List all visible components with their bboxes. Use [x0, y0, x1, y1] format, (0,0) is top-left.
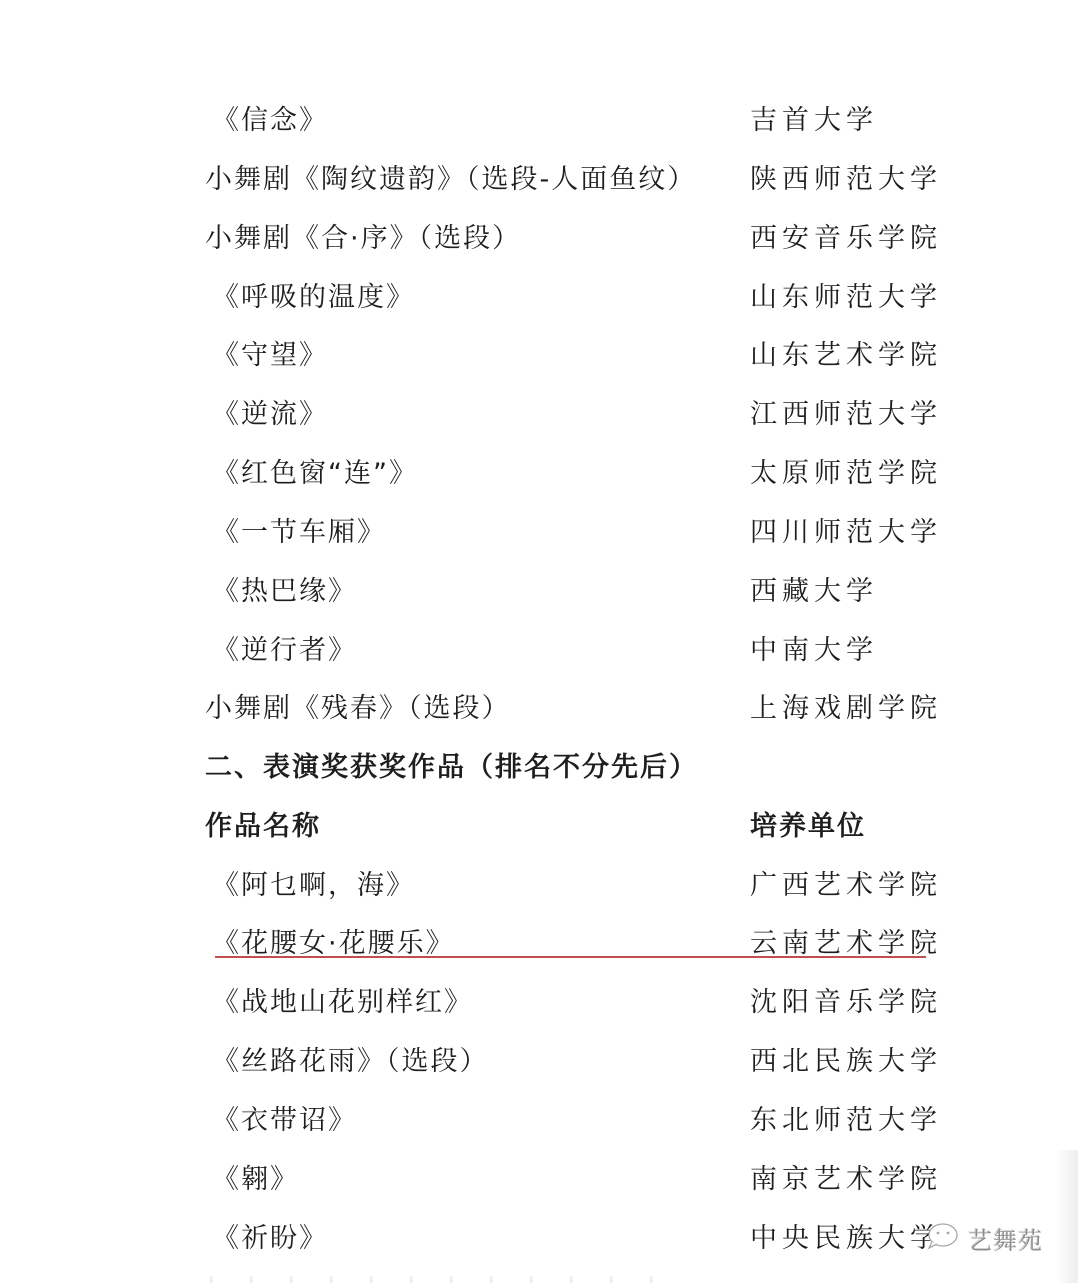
table-row: 《阿乜啊，海》 广西艺术学院	[0, 866, 1078, 906]
work-title: 《战地山花别样红》	[212, 983, 473, 1023]
training-unit: 山东艺术学院	[750, 336, 942, 376]
training-unit: 中央民族大学	[750, 1219, 942, 1259]
table-row: 《丝路花雨》（选段） 西北民族大学	[0, 1042, 1078, 1082]
training-unit: 西北民族大学	[750, 1042, 942, 1082]
training-unit: 上海戏剧学院	[750, 689, 942, 729]
red-underline-annotation	[215, 956, 926, 958]
training-unit: 云南艺术学院	[750, 924, 942, 964]
work-title: 《呼吸的温度》	[212, 278, 415, 318]
table-row: 《衣带诏》 东北师范大学	[0, 1101, 1078, 1141]
training-unit: 陕西师范大学	[750, 160, 942, 200]
training-unit: 东北师范大学	[750, 1101, 942, 1141]
table-row: 《一节车厢》 四川师范大学	[0, 513, 1078, 553]
cut-off-next-row	[210, 1276, 690, 1283]
work-title: 《丝路花雨》（选段）	[212, 1042, 489, 1082]
table-row: 小舞剧《残春》（选段） 上海戏剧学院	[0, 689, 1078, 729]
work-title: 《衣带诏》	[212, 1101, 357, 1141]
table-row: 小舞剧《陶纹遗韵》（选段-人面鱼纹） 陕西师范大学	[0, 160, 1078, 200]
column-header-title: 作品名称	[205, 807, 321, 847]
training-unit: 西藏大学	[750, 572, 878, 612]
training-unit: 四川师范大学	[750, 513, 942, 553]
work-title: 《祈盼》	[212, 1219, 328, 1259]
work-title: 小舞剧《陶纹遗韵》（选段-人面鱼纹）	[205, 160, 696, 200]
training-unit: 太原师范学院	[750, 454, 942, 494]
watermark-label: 艺舞苑	[968, 1221, 1043, 1256]
table-row: 《热巴缘》 西藏大学	[0, 572, 1078, 612]
work-title: 《逆流》	[212, 395, 328, 435]
table-row: 《呼吸的温度》 山东师范大学	[0, 278, 1078, 318]
training-unit: 南京艺术学院	[750, 1160, 942, 1200]
table-row: 《花腰女·花腰乐》 云南艺术学院	[0, 924, 1078, 964]
table-row: 《逆行者》 中南大学	[0, 631, 1078, 671]
table-row: 《祈盼》 中央民族大学	[0, 1219, 1078, 1259]
work-title: 《守望》	[212, 336, 328, 376]
work-title: 《翱》	[212, 1160, 299, 1200]
training-unit: 西安音乐学院	[750, 219, 942, 259]
section-heading: 二、表演奖获奖作品（排名不分先后）	[205, 748, 698, 788]
page-edge-shadow	[1056, 1150, 1078, 1283]
table-row: 小舞剧《合·序》（选段） 西安音乐学院	[0, 219, 1078, 259]
work-title: 《逆行者》	[212, 631, 357, 671]
table-row: 《红色窗“连”》 太原师范学院	[0, 454, 1078, 494]
document-page: 《信念》 吉首大学 小舞剧《陶纹遗韵》（选段-人面鱼纹） 陕西师范大学 小舞剧《…	[0, 0, 1078, 1283]
watermark: 艺舞苑	[926, 1218, 1043, 1258]
work-title: 《红色窗“连”》	[212, 454, 418, 494]
work-title: 《一节车厢》	[212, 513, 386, 553]
table-row: 《逆流》 江西师范大学	[0, 395, 1078, 435]
table-row: 《战地山花别样红》 沈阳音乐学院	[0, 983, 1078, 1023]
training-unit: 沈阳音乐学院	[750, 983, 942, 1023]
column-header-unit: 培养单位	[750, 807, 866, 847]
work-title: 小舞剧《合·序》（选段）	[205, 219, 521, 259]
work-title: 《花腰女·花腰乐》	[212, 924, 455, 964]
training-unit: 吉首大学	[750, 101, 878, 141]
training-unit: 山东师范大学	[750, 278, 942, 318]
work-title: 《信念》	[212, 101, 328, 141]
training-unit: 江西师范大学	[750, 395, 942, 435]
table-row: 《翱》 南京艺术学院	[0, 1160, 1078, 1200]
work-title: 小舞剧《残春》（选段）	[205, 689, 511, 729]
training-unit: 中南大学	[750, 631, 878, 671]
work-title: 《阿乜啊，海》	[212, 866, 415, 906]
table-row: 《守望》 山东艺术学院	[0, 336, 1078, 376]
wechat-chat-bubble-icon	[926, 1221, 960, 1255]
table-row: 《信念》 吉首大学	[0, 101, 1078, 141]
work-title: 《热巴缘》	[212, 572, 357, 612]
training-unit: 广西艺术学院	[750, 866, 942, 906]
